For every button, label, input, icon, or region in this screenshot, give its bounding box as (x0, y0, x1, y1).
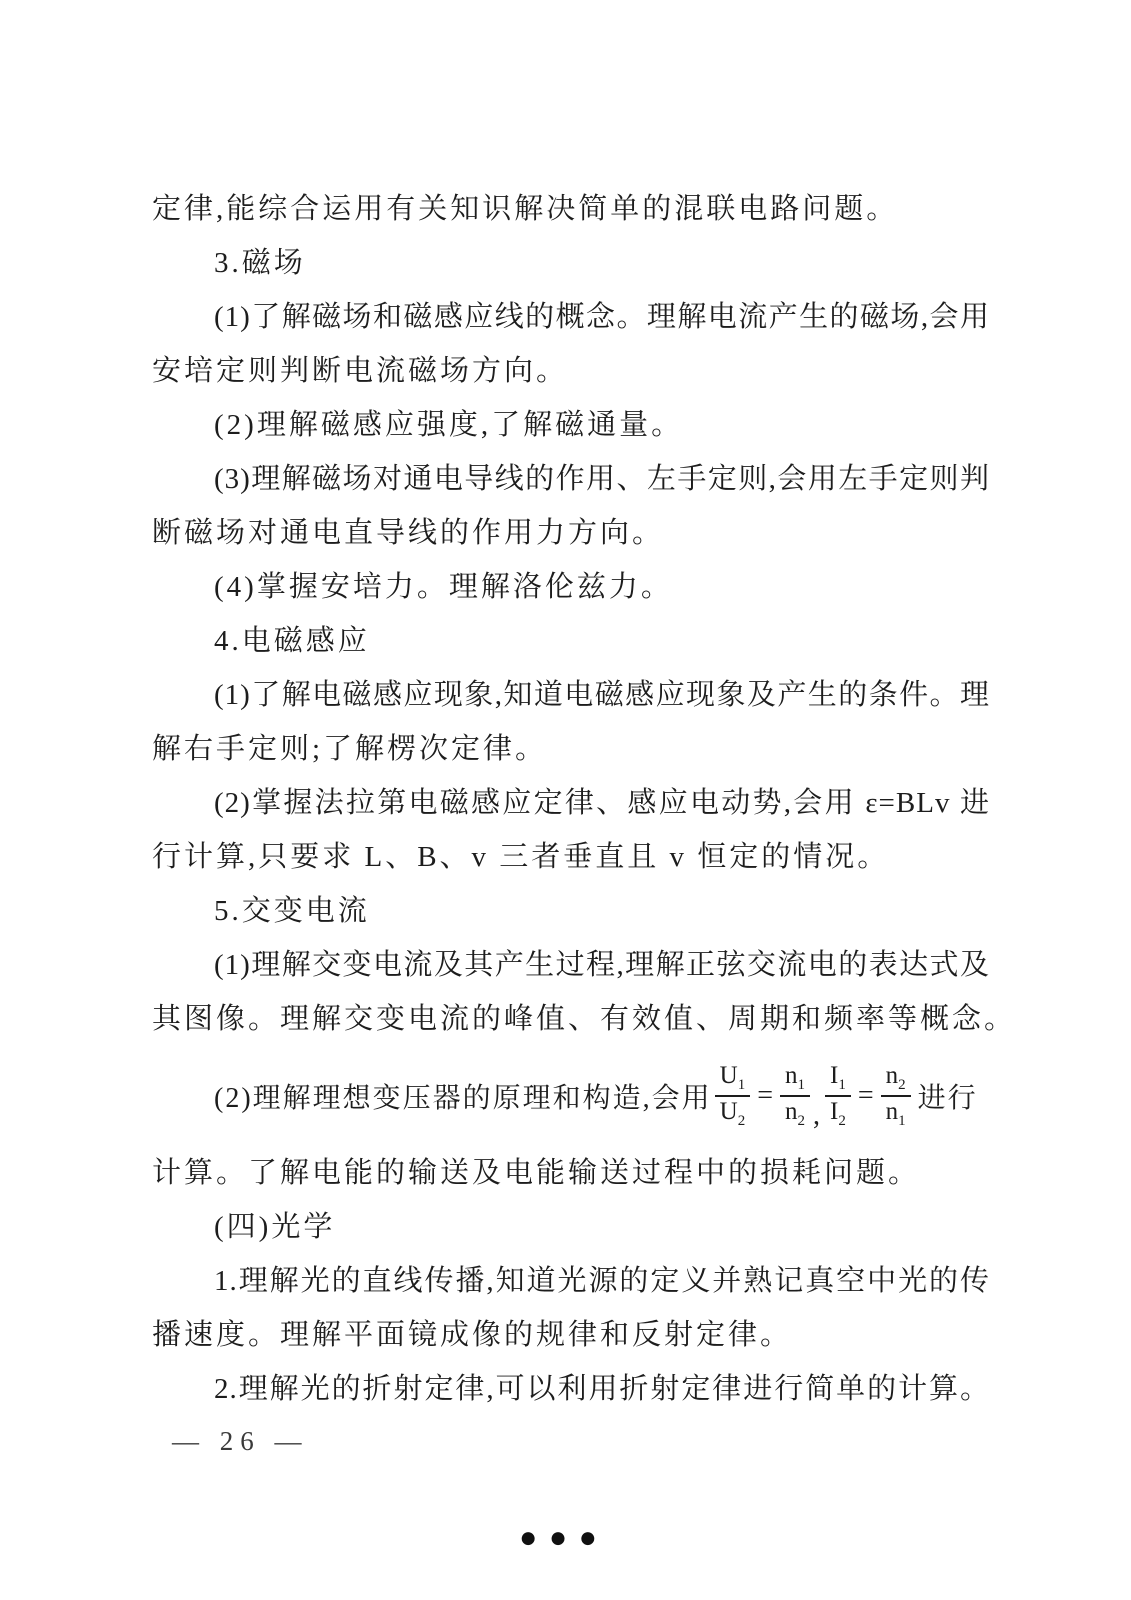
text-line: (4)掌握安培力。理解洛伦兹力。 (152, 560, 990, 614)
section-heading: 3.磁场 (152, 236, 990, 290)
text-line: (3)理解磁场对通电导线的作用、左手定则,会用左手定则判 (152, 452, 990, 506)
transformer-formula-line: (2)理解理想变压器的原理和构造,会用 U1 U2 = n1 n2 , I1 I… (152, 1046, 990, 1146)
text-line: (1)了解磁场和磁感应线的概念。理解电流产生的磁场,会用 (152, 290, 990, 344)
text-line: 计算。了解电能的输送及电能输送过程中的损耗问题。 (152, 1146, 990, 1200)
text-line: 1.理解光的直线传播,知道光源的定义并熟记真空中光的传 (152, 1254, 990, 1308)
fraction-n2-n1: n2 n1 (881, 1062, 911, 1131)
document-text-block: 定律,能综合运用有关知识解决简单的混联电路问题。 3.磁场 (1)了解磁场和磁感… (152, 182, 990, 1416)
text-line: 2.理解光的折射定律,可以利用折射定律进行简单的计算。 (152, 1362, 990, 1416)
equals-sign: = (757, 1080, 773, 1112)
text-line: 断磁场对通电直导线的作用力方向。 (152, 506, 990, 560)
formula-comma: , (813, 1100, 820, 1146)
section-heading: (四)光学 (152, 1200, 990, 1254)
equals-sign: = (858, 1080, 874, 1112)
text-line: 安培定则判断电流磁场方向。 (152, 344, 990, 398)
fraction-I1-I2: I1 I2 (825, 1062, 851, 1131)
text-line: 其图像。理解交变电流的峰值、有效值、周期和频率等概念。 (152, 992, 990, 1046)
section-heading: 5.交变电流 (152, 884, 990, 938)
fraction-U1-U2: U1 U2 (715, 1062, 751, 1131)
section-heading: 4.电磁感应 (152, 614, 990, 668)
text-line: (1)理解交变电流及其产生过程,理解正弦交流电的表达式及 (152, 938, 990, 992)
text-line: 播速度。理解平面镜成像的规律和反射定律。 (152, 1308, 990, 1362)
formula-suffix-text: 进行 (918, 1076, 978, 1116)
fraction-n1-n2: n1 n2 (780, 1062, 810, 1131)
text-line: 解右手定则;了解楞次定律。 (152, 722, 990, 776)
ellipsis-dots: ●●● (0, 1528, 1131, 1548)
page-number: — 26 — (172, 1426, 309, 1457)
formula-prefix-text: (2)理解理想变压器的原理和构造,会用 (214, 1076, 712, 1116)
text-line: 定律,能综合运用有关知识解决简单的混联电路问题。 (152, 182, 990, 236)
text-line: (2)掌握法拉第电磁感应定律、感应电动势,会用 ε=BLv 进 (152, 776, 990, 830)
text-line: (2)理解磁感应强度,了解磁通量。 (152, 398, 990, 452)
text-line: (1)了解电磁感应现象,知道电磁感应现象及产生的条件。理 (152, 668, 990, 722)
text-line: 行计算,只要求 L、B、v 三者垂直且 v 恒定的情况。 (152, 830, 990, 884)
